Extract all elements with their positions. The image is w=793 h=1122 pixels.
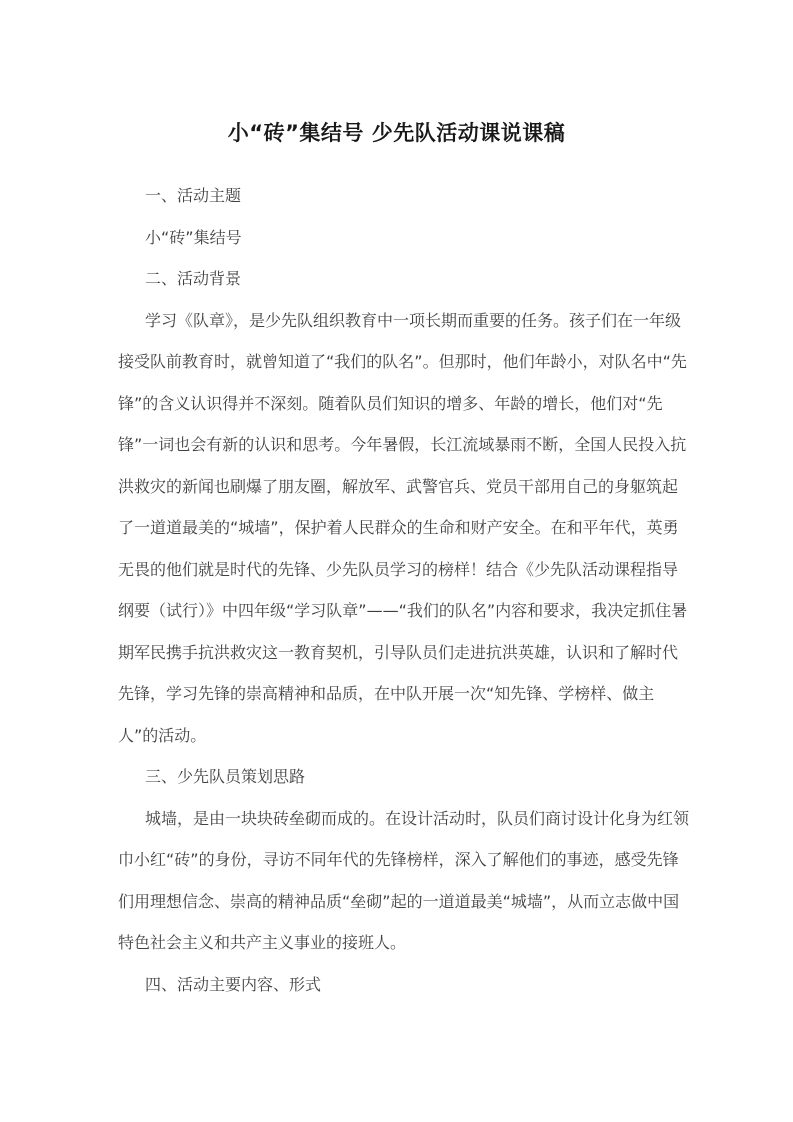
section-2-heading: 二、活动背景 — [118, 258, 690, 300]
section-1-paragraph: 小“砖”集结号 — [118, 217, 690, 259]
document-page: 小“砖”集结号 少先队活动课说课稿 一、活动主题 小“砖”集结号 二、活动背景 … — [0, 0, 793, 1122]
section-2-paragraph: 学习《队章》，是少先队组织教育中一项长期而重要的任务。孩子们在一年级接受队前教育… — [118, 300, 690, 757]
section-3-paragraph: 城墙，是由一块块砖垒砌而成的。在设计活动时，队员们商讨设计化身为红领巾小红“砖”… — [118, 798, 690, 964]
document-body: 一、活动主题 小“砖”集结号 二、活动背景 学习《队章》，是少先队组织教育中一项… — [118, 175, 690, 1005]
section-1-heading: 一、活动主题 — [118, 175, 690, 217]
section-3-heading: 三、少先队员策划思路 — [118, 756, 690, 798]
section-4-heading: 四、活动主要内容、形式 — [118, 964, 690, 1006]
document-title: 小“砖”集结号 少先队活动课说课稿 — [0, 112, 793, 154]
